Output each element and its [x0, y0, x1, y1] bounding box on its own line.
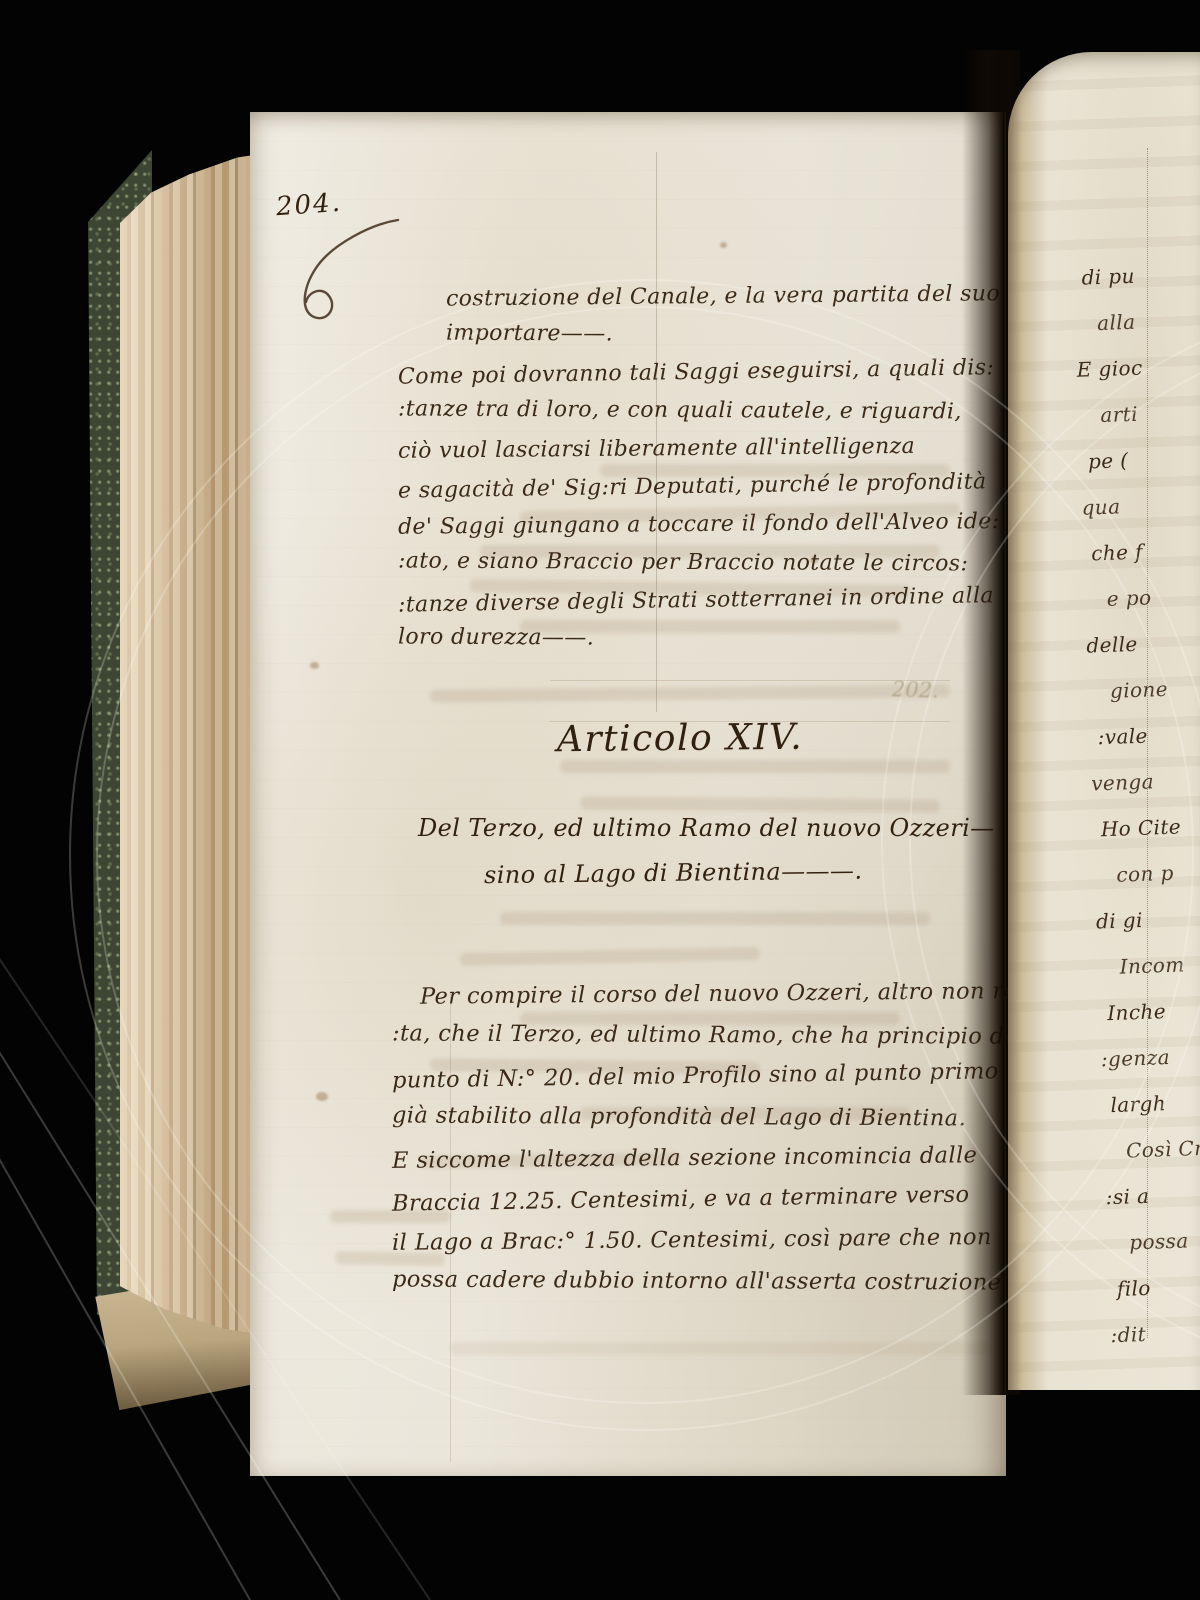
right-manuscript-page: di puallaE giocartipe (quache fe podelle…: [1008, 52, 1200, 1390]
manuscript-line: largh: [1110, 1078, 1200, 1129]
manuscript-line: pe (: [1087, 434, 1200, 485]
manuscript-line: il Lago a Brac:° 1.50. Centesimi, così p…: [392, 1217, 992, 1264]
left-manuscript-page: 204. costruzione del Canale, e la vera p…: [250, 112, 1006, 1476]
manuscript-line: :vale: [1097, 710, 1200, 761]
article-subtitle: Del Terzo, ed ultimo Ramo del nuovo Ozze…: [418, 806, 998, 894]
manuscript-line: punto di N:° 20. del mio Profilo sino al…: [392, 1051, 993, 1101]
manuscript-line: :si a: [1105, 1170, 1200, 1221]
manuscript-line: Inche: [1106, 986, 1200, 1037]
paraph-flourish: [280, 214, 410, 344]
paragraph-terzo-ramo: Per compire il corso del nuovo Ozzeri, a…: [392, 974, 992, 1302]
manuscript-photo: 204. costruzione del Canale, e la vera p…: [0, 0, 1200, 1600]
manuscript-line: qua: [1081, 480, 1200, 531]
manuscript-line: :tanze diverse degli Strati sotterranei …: [398, 577, 984, 624]
manuscript-line: :ato, e siano Braccio per Braccio notate…: [398, 542, 983, 583]
manuscript-line: possa: [1128, 1215, 1200, 1265]
manuscript-line: E gioc: [1076, 342, 1200, 393]
manuscript-line: delle: [1086, 618, 1200, 669]
bleedthrough-smudge: [500, 912, 930, 925]
bleedthrough-smudge: [450, 1342, 990, 1355]
manuscript-line: arti: [1100, 388, 1200, 438]
foxing-spot: [720, 242, 727, 248]
manuscript-line: con p: [1116, 848, 1200, 898]
manuscript-line: :dit: [1110, 1307, 1200, 1358]
manuscript-line: e po: [1106, 572, 1200, 622]
manuscript-line: Ho Cite: [1100, 802, 1200, 853]
manuscript-line: :tanze tra di loro, e con quali cautele,…: [398, 390, 983, 431]
manuscript-line: venga: [1090, 756, 1200, 807]
manuscript-line: Per compire il corso del nuovo Ozzeri, a…: [420, 971, 992, 1017]
manuscript-line: già stabilito alla profondità del Lago d…: [392, 1095, 992, 1139]
manuscript-line: che f: [1090, 526, 1200, 577]
manuscript-line: di pu: [1081, 250, 1200, 301]
bleedthrough-folio-number: 202.: [892, 677, 940, 703]
foxing-spot: [316, 1092, 328, 1101]
manuscript-line: :ta, che il Terzo, ed ultimo Ramo, che h…: [392, 1013, 992, 1057]
manuscript-line: Come poi dovranno tali Saggi eseguirsi, …: [398, 349, 984, 396]
manuscript-line: filo: [1116, 1261, 1200, 1312]
foxing-spot: [310, 662, 319, 669]
manuscript-line: Incom: [1119, 940, 1200, 990]
manuscript-line: alla: [1096, 296, 1200, 346]
manuscript-line: de' Saggi giungano a toccare il fondo de…: [398, 503, 983, 547]
manuscript-line: Così Cr: [1125, 1124, 1200, 1174]
manuscript-line: costruzione del Canale, e la vera partit…: [446, 275, 983, 318]
manuscript-line: importare——.: [446, 315, 983, 356]
article-heading: Articolo XIV.: [400, 715, 960, 762]
manuscript-line: loro durezza——.: [398, 618, 983, 659]
manuscript-line: Del Terzo, ed ultimo Ramo del nuovo Ozze…: [418, 806, 998, 850]
paragraph-canale-saggi: costruzione del Canale, e la vera partit…: [398, 278, 983, 658]
bleedthrough-smudge: [560, 760, 950, 773]
manuscript-line: di gi: [1095, 894, 1200, 945]
manuscript-line: possa cadere dubbio intorno all'asserta …: [392, 1259, 992, 1303]
manuscript-line: :genza: [1100, 1032, 1200, 1083]
manuscript-line: gione: [1109, 664, 1200, 714]
manuscript-line: sino al Lago di Bientina———.: [484, 847, 998, 897]
